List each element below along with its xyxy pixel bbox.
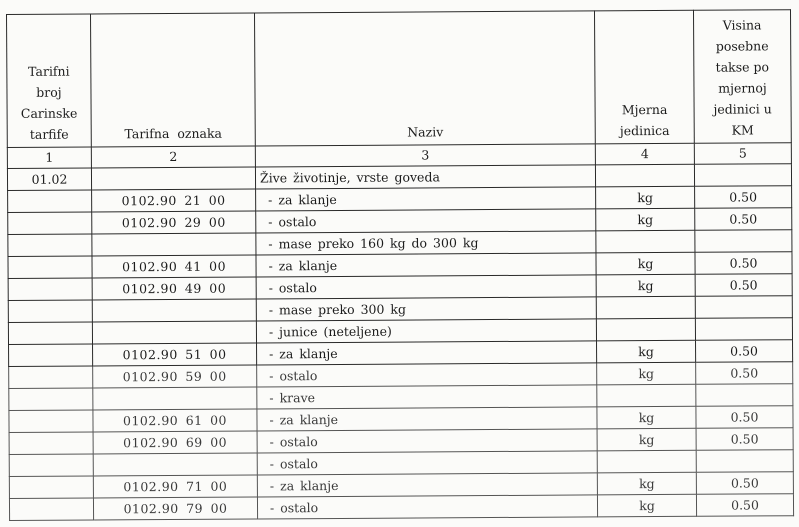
- rate-cell: 0.50: [696, 406, 793, 429]
- name-cell: - za klanje: [256, 187, 596, 211]
- name-cell: - krave: [257, 385, 597, 409]
- header-rate: Visina posebne takse po mjernoj jedinici…: [693, 10, 791, 144]
- tariff-code-cell: [92, 233, 256, 256]
- tariff-code-cell: 0102.90 61 00: [93, 409, 257, 432]
- header-row: Tarifni broj Carinske tarfife Tarifna oz…: [7, 10, 792, 148]
- unit-cell: kg: [596, 186, 695, 209]
- unit-cell: kg: [596, 252, 695, 275]
- tariff-code-cell: [92, 321, 256, 344]
- tariff-code-cell: [93, 453, 257, 476]
- column-number: 1: [7, 147, 91, 169]
- rate-cell: [695, 230, 792, 253]
- tariff-number-cell: [9, 388, 93, 411]
- table-row: 0102.90 79 00- ostalokg0.50: [9, 494, 793, 521]
- header-name: Naziv: [254, 11, 595, 146]
- tariff-document: Tarifni broj Carinske tarfife Tarifna oz…: [6, 9, 794, 521]
- tariff-number-cell: [8, 300, 92, 323]
- header-text: mjernoj: [700, 77, 784, 99]
- header-text: Tarifna oznaka: [98, 123, 249, 145]
- tariff-number-cell: [8, 322, 92, 345]
- tariff-code-cell: 0102.90 49 00: [92, 277, 256, 300]
- name-cell: - za klanje: [257, 407, 597, 431]
- name-cell: - za klanje: [257, 473, 597, 497]
- name-cell: - mase preko 300 kg: [256, 297, 596, 321]
- tariff-code-cell: [92, 299, 256, 322]
- header-tariff-code: Tarifna oznaka: [91, 13, 256, 147]
- unit-cell: [595, 164, 694, 187]
- tariff-number-cell: [8, 212, 92, 235]
- name-cell: - ostalo: [256, 275, 596, 299]
- tariff-code-cell: 0102.90 29 00: [92, 211, 256, 234]
- tariff-number-cell: [8, 256, 92, 279]
- header-text: tarfife: [14, 124, 85, 145]
- rate-cell: 0.50: [696, 340, 793, 363]
- unit-cell: kg: [597, 428, 696, 451]
- tariff-code-cell: [91, 167, 255, 190]
- name-cell: - ostalo: [257, 363, 597, 387]
- header-text: Visina: [700, 14, 784, 36]
- unit-cell: [597, 384, 696, 407]
- tariff-number-cell: [8, 278, 92, 301]
- rate-cell: 0.50: [695, 186, 792, 209]
- name-cell: - ostalo: [257, 429, 597, 453]
- rate-cell: 0.50: [696, 472, 793, 495]
- tariff-number-cell: [9, 366, 93, 389]
- unit-cell: [596, 230, 695, 253]
- name-cell: Žive životinje, vrste goveda: [255, 165, 595, 189]
- header-text: KM: [701, 119, 785, 141]
- header-text: Tarifni: [13, 61, 84, 82]
- rate-cell: 0.50: [695, 252, 792, 275]
- rate-cell: [696, 450, 793, 473]
- tariff-number-cell: [9, 476, 93, 499]
- column-number: 3: [255, 144, 595, 167]
- column-number: 4: [595, 143, 694, 165]
- rate-cell: 0.50: [696, 362, 793, 385]
- unit-cell: kg: [597, 340, 696, 363]
- name-cell: - ostalo: [257, 495, 597, 519]
- column-number: 5: [694, 143, 791, 165]
- rate-cell: 0.50: [695, 208, 792, 231]
- unit-cell: kg: [597, 406, 696, 429]
- column-number: 2: [91, 146, 255, 168]
- tariff-number-cell: [8, 234, 92, 257]
- tariff-code-cell: 0102.90 51 00: [93, 343, 257, 366]
- rate-cell: [696, 384, 793, 407]
- unit-cell: kg: [597, 362, 696, 385]
- tariff-number-cell: 01.02: [7, 168, 91, 191]
- tariff-number-cell: [9, 344, 93, 367]
- header-unit: Mjerna jedinica: [594, 10, 694, 144]
- header-text: takse po: [700, 56, 784, 78]
- unit-cell: [597, 450, 696, 473]
- unit-cell: kg: [596, 274, 695, 297]
- name-cell: - ostalo: [256, 209, 596, 233]
- rate-cell: [695, 296, 792, 319]
- name-cell: - za klanje: [257, 341, 597, 365]
- header-text: jedinica: [602, 120, 688, 142]
- header-text: Mjerna: [602, 99, 688, 121]
- unit-cell: [596, 318, 695, 341]
- rate-cell: 0.50: [695, 274, 792, 297]
- unit-cell: kg: [596, 208, 695, 231]
- tariff-number-cell: [9, 410, 93, 433]
- table-body: 01.02Žive životinje, vrste goveda0102.90…: [7, 164, 793, 521]
- name-cell: - za klanje: [256, 253, 596, 277]
- rate-cell: 0.50: [696, 494, 793, 517]
- tariff-code-cell: 0102.90 69 00: [93, 431, 257, 454]
- header-text: Naziv: [262, 120, 589, 143]
- tariff-number-cell: [8, 190, 92, 213]
- name-cell: - junice (neteljene): [256, 319, 596, 343]
- tariff-number-cell: [9, 432, 93, 455]
- header-text: jedinici u: [701, 98, 785, 120]
- header-text: broj: [13, 82, 84, 103]
- tariff-code-cell: 0102.90 79 00: [93, 497, 257, 520]
- rate-cell: 0.50: [696, 428, 793, 451]
- header-tariff-number: Tarifni broj Carinske tarfife: [7, 14, 92, 148]
- name-cell: - ostalo: [257, 451, 597, 475]
- name-cell: - mase preko 160 kg do 300 kg: [256, 231, 596, 255]
- rate-cell: [694, 164, 791, 187]
- header-text: Carinske: [14, 103, 85, 124]
- tariff-number-cell: [9, 498, 93, 521]
- tariff-table: Tarifni broj Carinske tarfife Tarifna oz…: [6, 9, 794, 521]
- unit-cell: kg: [597, 472, 696, 495]
- tariff-code-cell: 0102.90 71 00: [93, 475, 257, 498]
- header-text: posebne: [700, 35, 784, 57]
- tariff-code-cell: [93, 387, 257, 410]
- unit-cell: kg: [597, 494, 696, 517]
- rate-cell: [695, 318, 792, 341]
- tariff-number-cell: [9, 454, 93, 477]
- tariff-code-cell: 0102.90 59 00: [93, 365, 257, 388]
- unit-cell: [596, 296, 695, 319]
- tariff-code-cell: 0102.90 41 00: [92, 255, 256, 278]
- tariff-code-cell: 0102.90 21 00: [92, 189, 256, 212]
